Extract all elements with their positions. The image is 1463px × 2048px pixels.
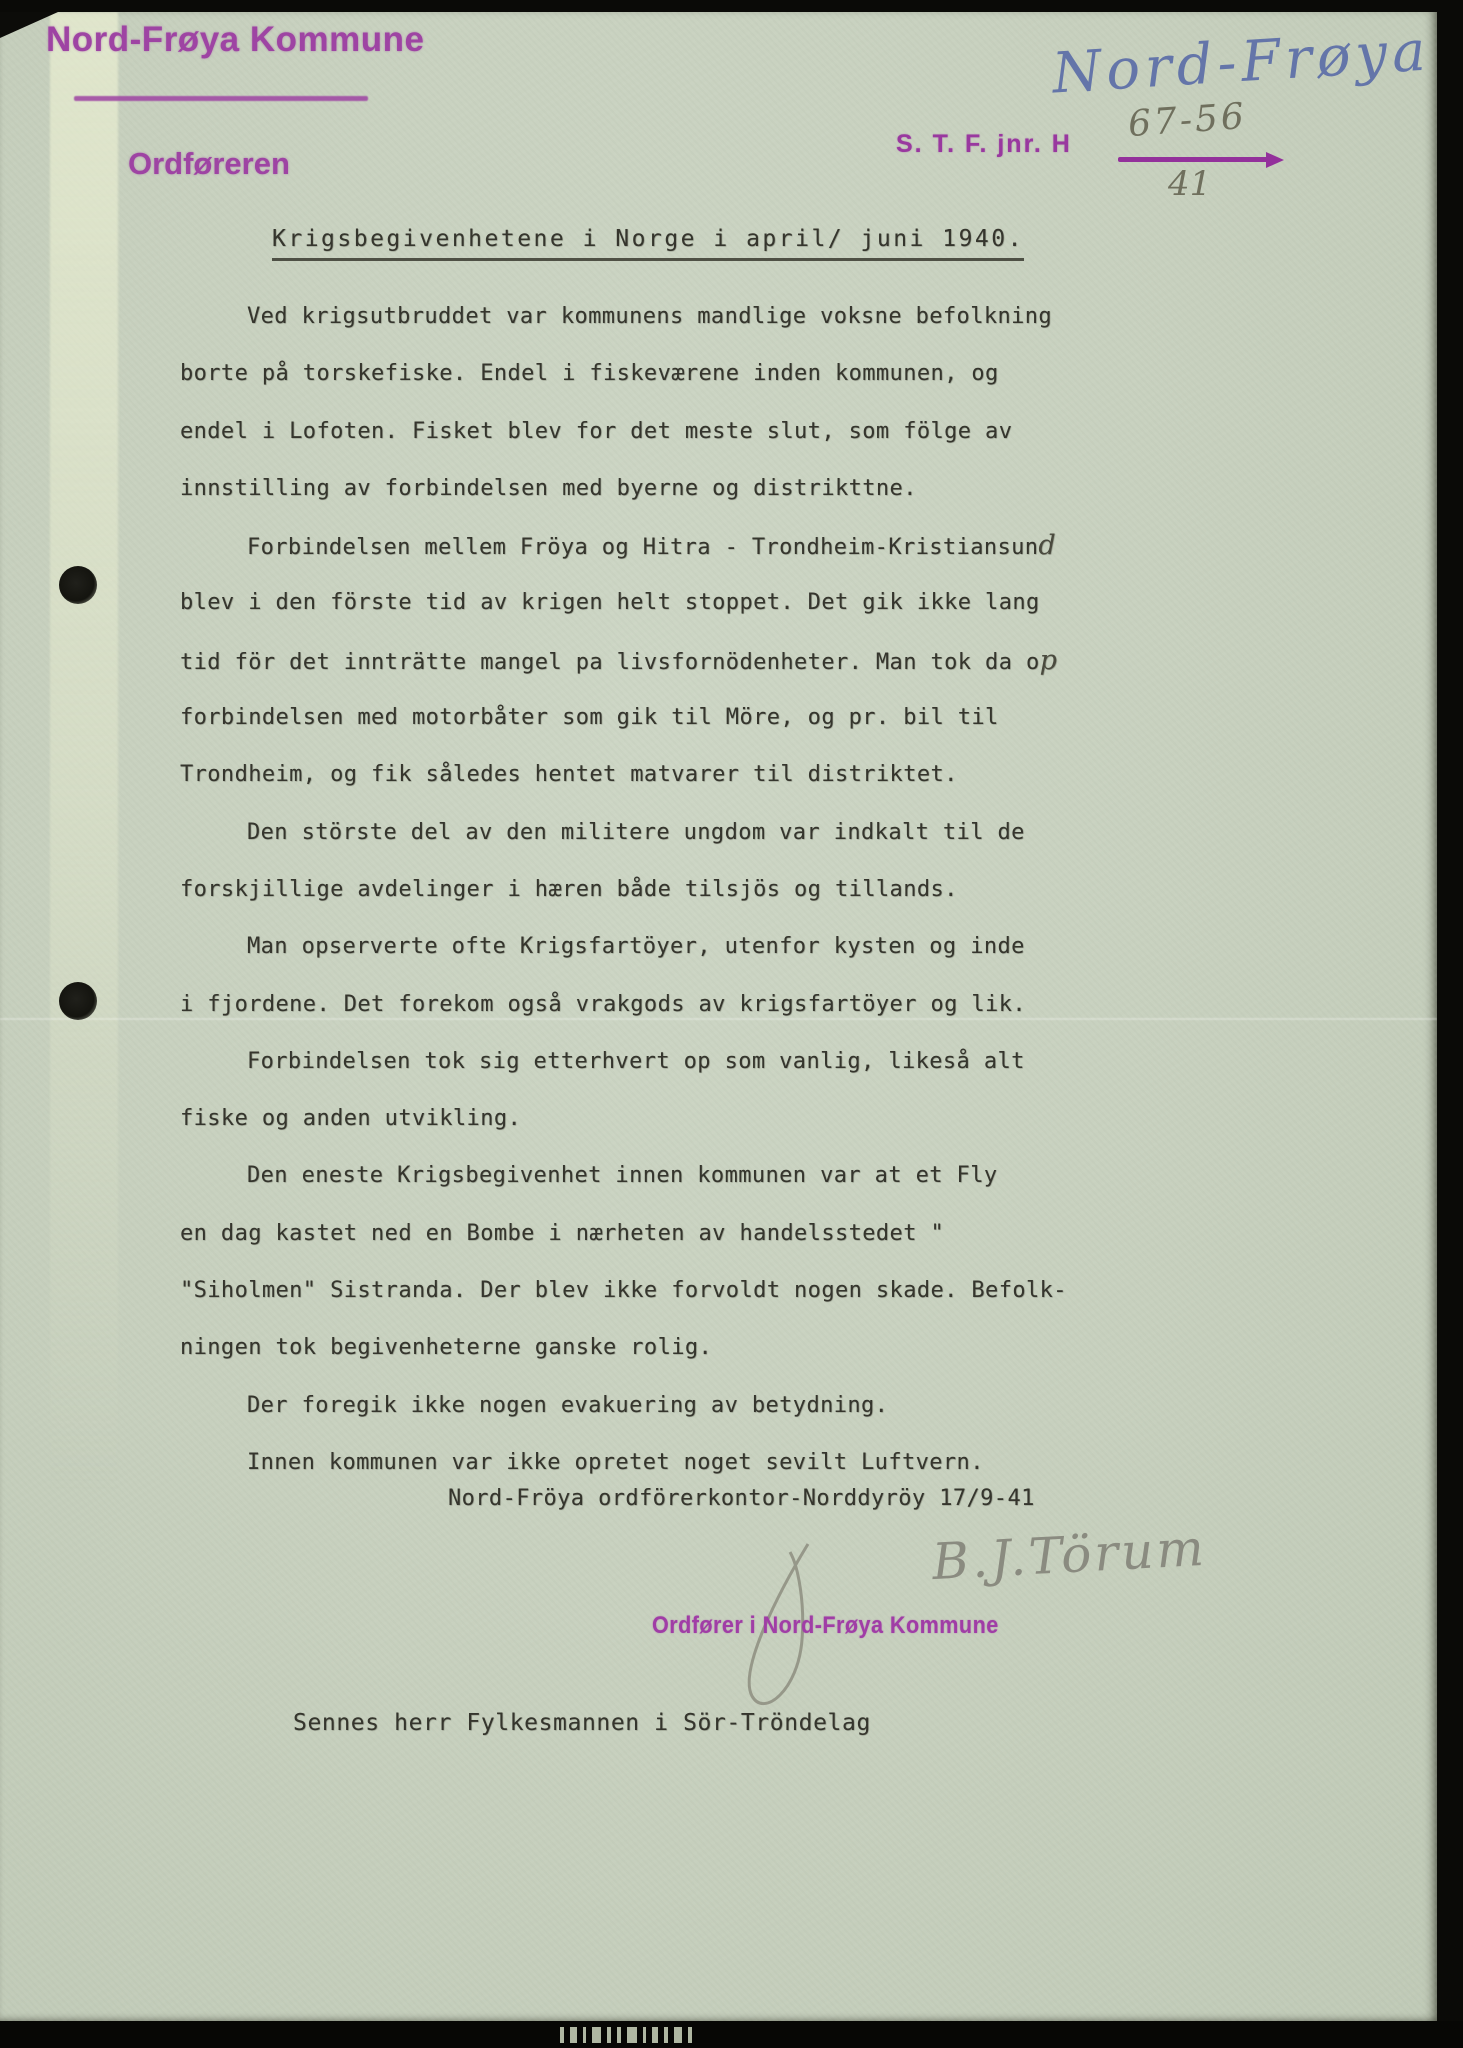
letterhead-underline (74, 96, 368, 101)
film-edge-bottom (0, 2021, 1463, 2048)
document-line: Man opserverte ofte Krigsfartöyer, utenf… (180, 918, 1100, 975)
document-line: "Siholmen" Sistranda. Der blev ikke forv… (180, 1262, 1100, 1319)
document-line: innstilling av forbindelsen med byerne o… (180, 460, 1100, 517)
document-line: Der foregik ikke nogen evakuering av bet… (180, 1377, 1100, 1434)
document-line: Ved krigsutbruddet var kommunens mandlig… (180, 288, 1100, 345)
document-line: Forbindelsen mellem Fröya og Hitra - Tro… (180, 517, 1100, 574)
handwritten-correction: d (1038, 530, 1055, 561)
film-edge-right (1437, 0, 1463, 2048)
document-title: Krigsbegivenhetene i Norge i april/ juni… (272, 226, 1024, 261)
document-line: fiske og anden utvikling. (180, 1090, 1100, 1147)
handwritten-correction: p (1040, 645, 1057, 676)
paper-edge-tape (50, 12, 118, 1492)
journal-fraction-line (1118, 157, 1268, 162)
recipient-line: Sennes herr Fylkesmannen i Sör-Tröndelag (293, 1710, 871, 1736)
document-line: endel i Lofoten. Fisket blev for det mes… (180, 403, 1100, 460)
document-line: forskjillige avdelinger i hæren både til… (180, 861, 1100, 918)
document-line: Den störste del av den militere ungdom v… (180, 804, 1100, 861)
document-line: ningen tok begivenheterne ganske rolig. (180, 1319, 1100, 1376)
signature-role-stamp: Ordfører i Nord-Frøya Kommune (652, 1612, 999, 1640)
document-line: Den eneste Krigsbegivenhet innen kommune… (180, 1147, 1100, 1204)
hole-punch-top (59, 566, 97, 604)
document-line: Forbindelsen tok sig etterhvert op som v… (180, 1033, 1100, 1090)
document-line: blev i den förste tid av krigen helt sto… (180, 574, 1100, 631)
document-line: forbindelsen med motorbåter som gik til … (180, 689, 1100, 746)
letterhead-office-role: Ordføreren (128, 146, 290, 182)
letterhead-office-name: Nord-Frøya Kommune (46, 20, 424, 60)
journal-number: 67-56 (1127, 96, 1248, 145)
journal-year: 41 (1168, 164, 1211, 204)
document-body: Ved krigsutbruddet var kommunens mandlig… (180, 288, 1100, 1491)
document-line: Innen kommunen var ikke opretet noget se… (180, 1434, 1100, 1491)
film-barcode (560, 2027, 692, 2043)
document-line: tid för det innträtte mangel pa livsforn… (180, 632, 1100, 689)
dateline: Nord-Fröya ordförerkontor-Norddyröy 17/9… (448, 1486, 1035, 1511)
document-line: Trondheim, og fik således hentet matvare… (180, 746, 1100, 803)
film-edge-top (0, 0, 1463, 12)
hole-punch-bottom (59, 982, 97, 1020)
document-line: i fjordene. Det forekom også vrakgods av… (180, 976, 1100, 1033)
document-line: en dag kastet ned en Bombe i nærheten av… (180, 1205, 1100, 1262)
scanned-letter-page: { "page": { "header": { "office_name": "… (0, 0, 1463, 2048)
document-line: borte på torskefiske. Endel i fiskeværen… (180, 345, 1100, 402)
journal-stamp: S. T. F. jnr. H (896, 130, 1072, 159)
